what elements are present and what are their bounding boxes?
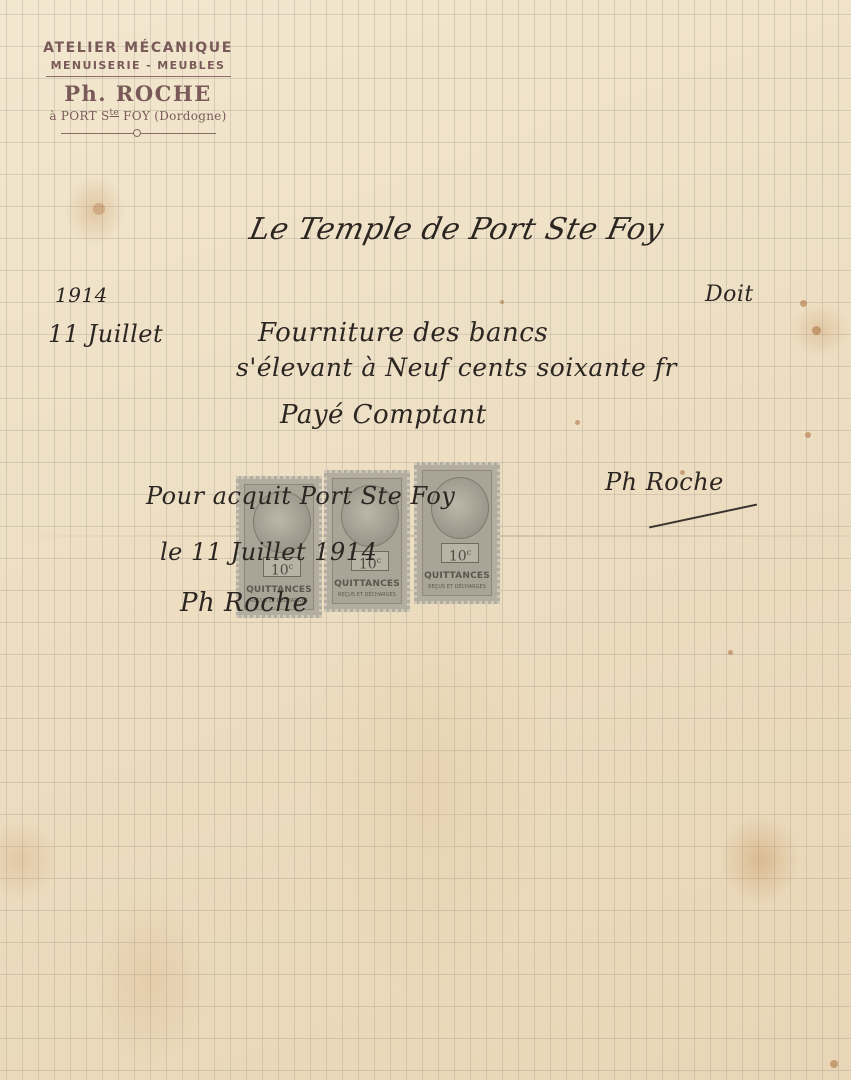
invoice-signature: Ph Roche [605, 468, 724, 496]
letterhead-rule [46, 76, 231, 77]
address-prefix: à PORT S [49, 109, 109, 123]
stamp-value-unit: c [377, 556, 381, 565]
invoice-date: 11 Juillet [48, 320, 163, 348]
receipt-date: le 11 Juillet 1914 [160, 538, 377, 566]
addressee: Le Temple de Port Ste Foy [246, 212, 667, 247]
letterhead-stamp: ATELIER MÉCANIQUE MENUISERIE - MEUBLES P… [18, 40, 258, 139]
receipt-line1: Pour acquit Port Ste Foy [146, 482, 455, 510]
payment-status: Payé Comptant [280, 400, 487, 430]
invoice-line-item: Fourniture des bancs [258, 318, 548, 348]
letterhead-address: à PORT Ste FOY (Dordogne) [18, 108, 258, 123]
stain-spot [728, 650, 733, 655]
address-sup: te [110, 108, 120, 118]
stamp-label: QUITTANCES [423, 571, 491, 581]
letterhead-line2: MENUISERIE - MEUBLES [18, 59, 258, 72]
letterhead-line1: ATELIER MÉCANIQUE [18, 40, 258, 56]
stamp-sublabel: REÇUS ET DÉCHARGES [423, 584, 491, 590]
invoice-amount: s'élevant à Neuf cents soixante fr [236, 353, 677, 382]
address-suffix: FOY (Dordogne) [119, 109, 227, 123]
stain-spot [805, 432, 811, 438]
stamp-sublabel: REÇUS ET DÉCHARGES [333, 592, 401, 598]
doit-label: Doit [705, 282, 754, 307]
receipt-signature: Ph Roche [180, 588, 308, 618]
stain-spot [830, 1060, 838, 1068]
stain-spot [575, 420, 580, 425]
letterhead-name: Ph. ROCHE [18, 81, 258, 106]
invoice-year: 1914 [55, 283, 108, 307]
stamp-value: 10c [441, 543, 479, 563]
stamp-label: QUITTANCES [333, 579, 401, 589]
stamp-value-number: 10 [449, 549, 467, 565]
stain-spot [500, 300, 504, 304]
stain-spot [800, 300, 807, 307]
stain-spot [812, 326, 821, 335]
ornament-divider-icon [61, 129, 216, 139]
stain-spot [93, 203, 105, 215]
stamp-value-unit: c [467, 548, 471, 557]
